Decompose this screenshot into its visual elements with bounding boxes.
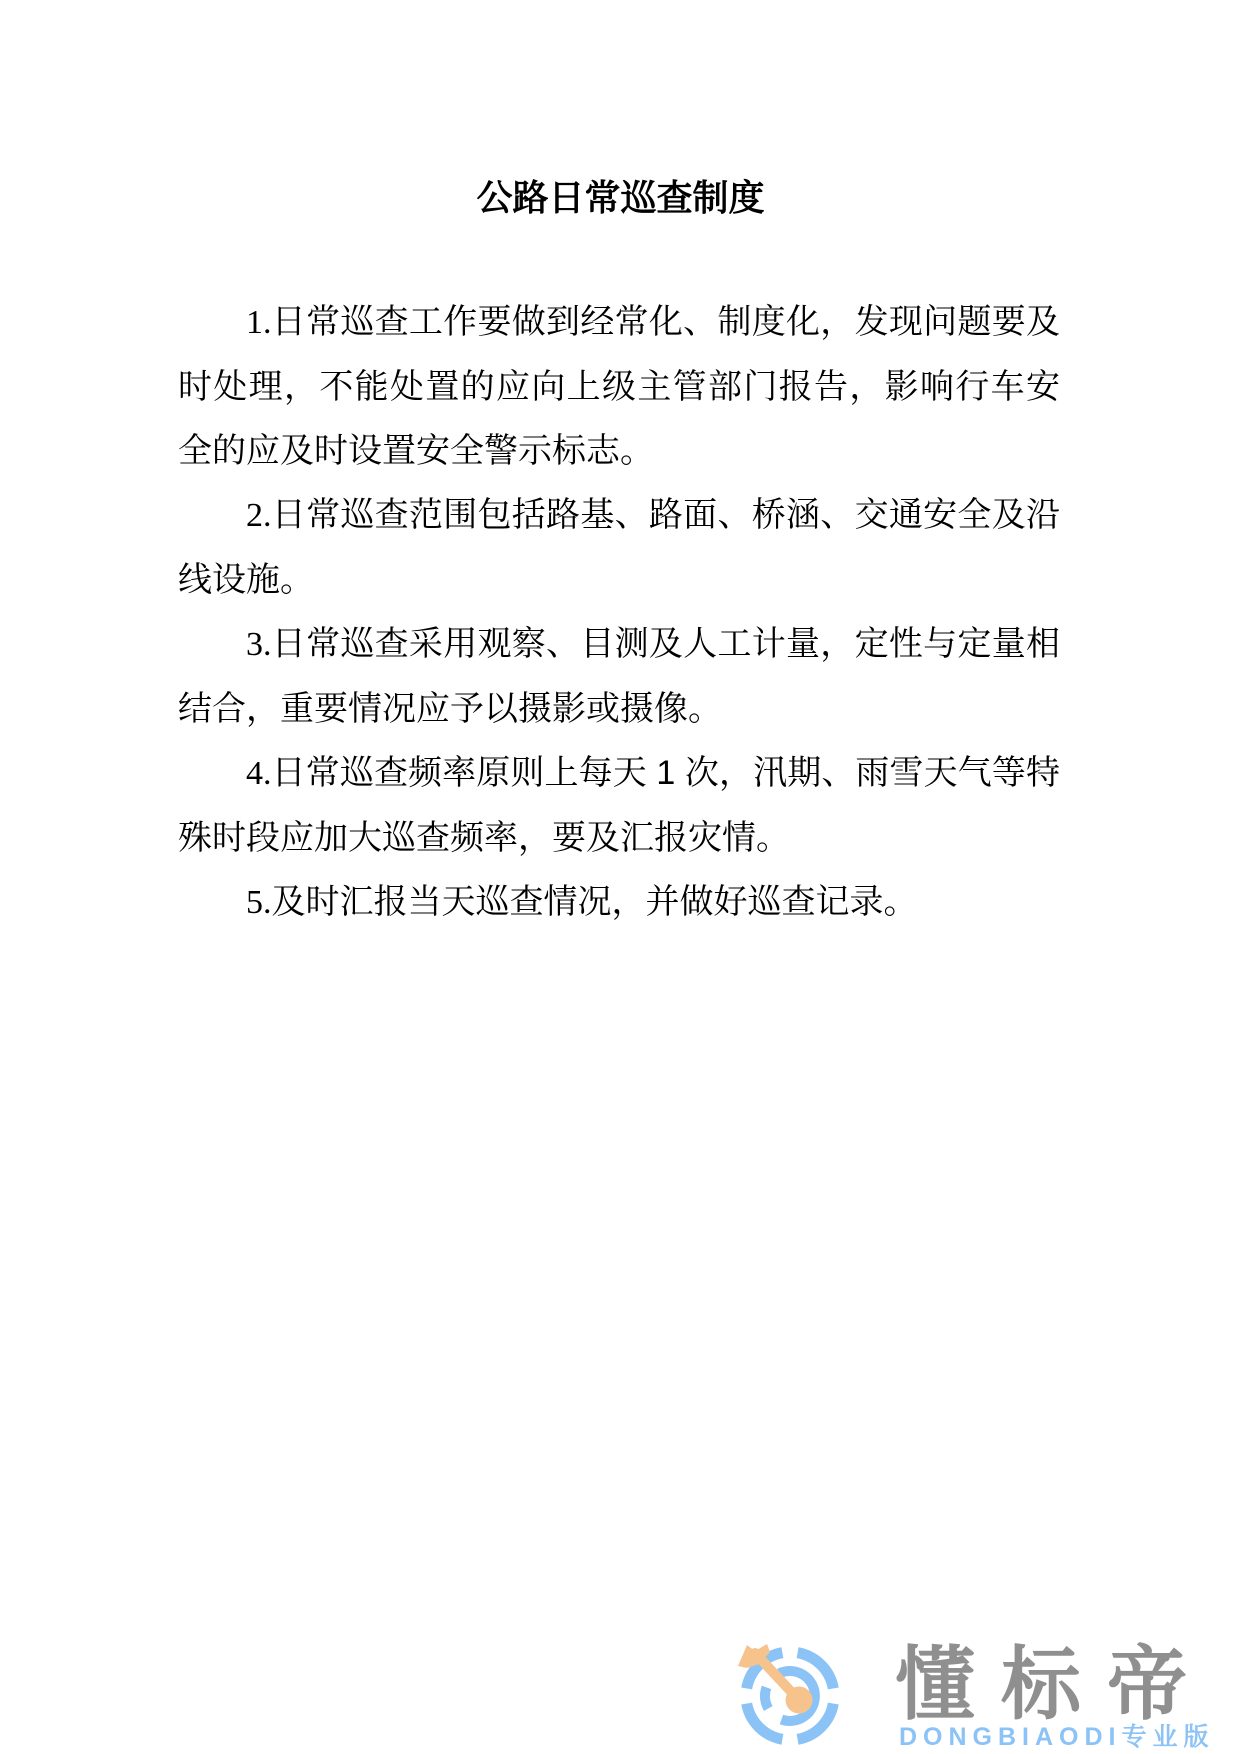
paragraph: 2.日常巡查范围包括路基、路面、桥涵、交通安全及沿线设施。 bbox=[178, 483, 1060, 612]
paragraph-number: 4. bbox=[246, 755, 272, 792]
document-body: 1.日常巡查工作要做到经常化、制度化，发现问题要及时处理，不能处置的应向上级主管… bbox=[178, 290, 1060, 935]
paragraph-number: 2. bbox=[246, 497, 272, 534]
paragraph-text: 日常巡查工作要做到经常化、制度化，发现问题要及时处理，不能处置的应向上级主管部门… bbox=[178, 303, 1060, 470]
paragraph-text: 日常巡查范围包括路基、路面、桥涵、交通安全及沿线设施。 bbox=[178, 496, 1060, 599]
paragraph-number: 3. bbox=[246, 626, 272, 663]
document-page: 公路日常巡查制度 1.日常巡查工作要做到经常化、制度化，发现问题要及时处理，不能… bbox=[0, 0, 1241, 1754]
paragraph-text: 及时汇报当天巡查情况，并做好巡查记录。 bbox=[272, 883, 918, 921]
paragraph: 5.及时汇报当天巡查情况，并做好巡查记录。 bbox=[178, 870, 1060, 935]
watermark-brand-subtitle: DONGBIAODI专业版 bbox=[899, 1723, 1215, 1751]
paragraph-text: 日常巡查采用观察、目测及人工计量，定性与定量相结合，重要情况应予以摄影或摄像。 bbox=[178, 625, 1060, 728]
paragraph-number: 5. bbox=[246, 884, 272, 921]
paragraph-text: 日常巡查频率原则上每天 1 次，汛期、雨雪天气等特殊时段应加大巡查频率，要及汇报… bbox=[178, 754, 1060, 857]
paragraph-number: 1. bbox=[246, 304, 272, 341]
paragraph: 4.日常巡查频率原则上每天 1 次，汛期、雨雪天气等特殊时段应加大巡查频率，要及… bbox=[178, 741, 1060, 870]
page-title: 公路日常巡查制度 bbox=[0, 170, 1241, 221]
target-arrow-icon bbox=[735, 1638, 845, 1754]
paragraph: 1.日常巡查工作要做到经常化、制度化，发现问题要及时处理，不能处置的应向上级主管… bbox=[178, 290, 1060, 483]
watermark-brand-name: 懂标帝 bbox=[895, 1642, 1213, 1728]
paragraph: 3.日常巡查采用观察、目测及人工计量，定性与定量相结合，重要情况应予以摄影或摄像… bbox=[178, 612, 1060, 741]
